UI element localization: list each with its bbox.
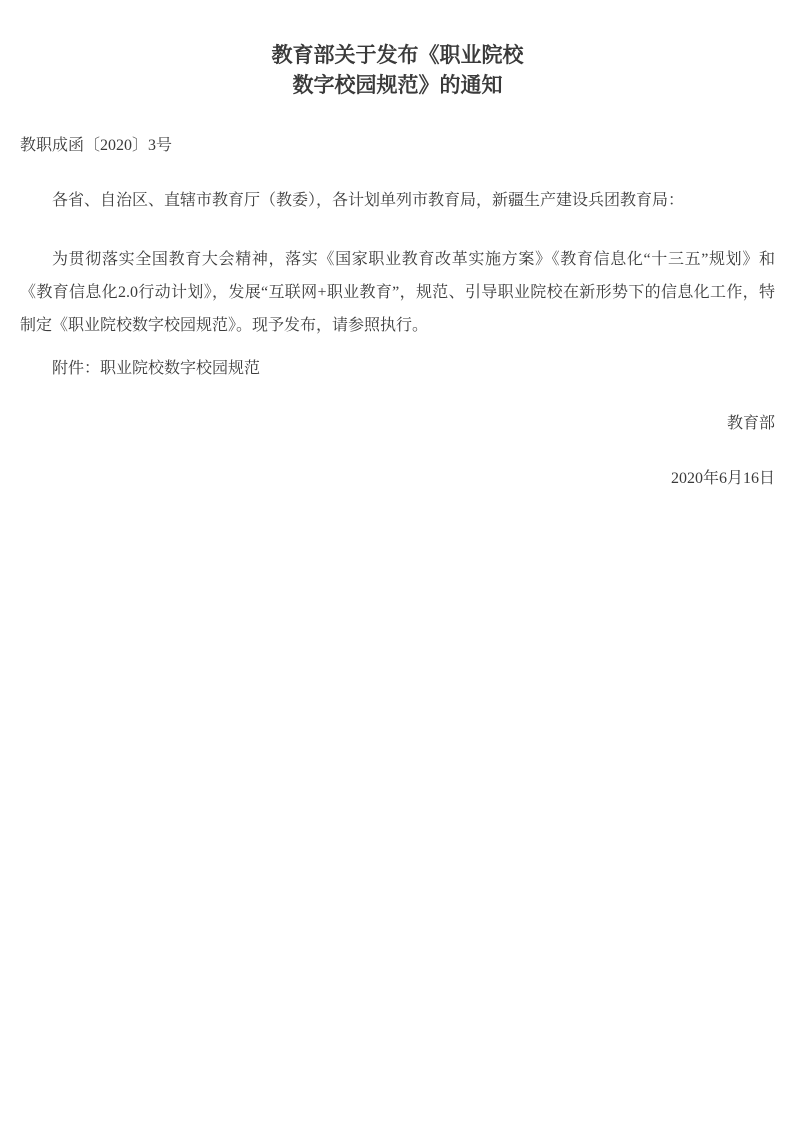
salutation: 各省、自治区、直辖市教育厅（教委），各计划单列市教育局，新疆生产建设兵团教育局： [20, 184, 775, 217]
date: 2020年6月16日 [20, 462, 775, 495]
page-title-line-1: 教育部关于发布《职业院校 [272, 43, 524, 67]
attachment-line: 附件：职业院校数字校园规范 [20, 352, 775, 385]
page-title-line-2: 数字校园规范》的通知 [293, 73, 503, 97]
page-title: 教育部关于发布《职业院校 数字校园规范》的通知 [20, 0, 775, 100]
body-paragraph: 为贯彻落实全国教育大会精神，落实《国家职业教育改革实施方案》《教育信息化“十三五… [20, 243, 775, 342]
signer: 教育部 [20, 407, 775, 440]
document-number: 教职成函〔2020〕3号 [20, 129, 775, 162]
notice-document-page: 教育部关于发布《职业院校 数字校园规范》的通知 教职成函〔2020〕3号 各省、… [0, 0, 793, 1122]
